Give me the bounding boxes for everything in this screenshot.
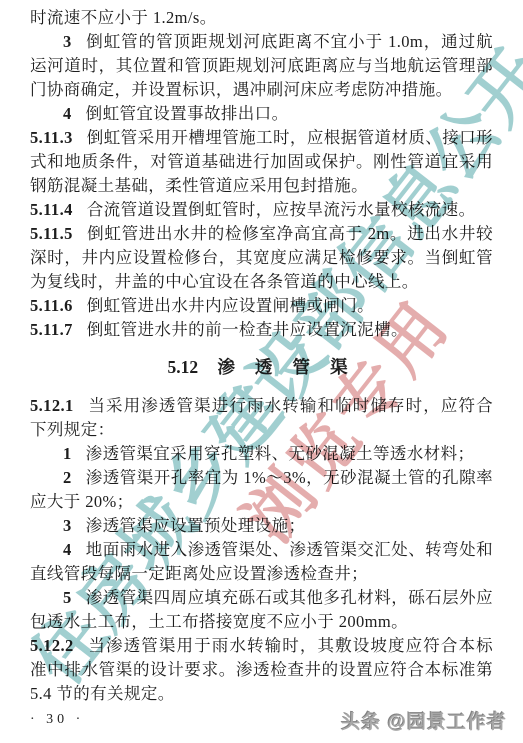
item-text: 倒虹管的管顶距规划河底距离不宜小于 1.0m，通过航运河道时，其位置和管顶距规划… — [30, 32, 493, 99]
numbered-item: 3倒虹管的管顶距规划河底距离不宜小于 1.0m，通过航运河道时，其位置和管顶距规… — [30, 30, 493, 102]
clause-text: 倒虹管进出水井内应设置闸槽或闸门。 — [87, 296, 374, 315]
item-number: 3 — [63, 516, 72, 535]
numbered-item: 4地面雨水进入渗透管渠处、渗透管渠交汇处、转弯处和直线管段每隔一定距离处应设置渗… — [30, 538, 493, 586]
item-text: 地面雨水进入渗透管渠处、渗透管渠交汇处、转弯处和直线管段每隔一定距离处应设置渗透… — [30, 540, 493, 583]
item-text: 渗透管渠宜采用穿孔塑料、无砂混凝土等透水材料； — [86, 444, 475, 463]
section-title: 渗 透 管 渠 — [217, 357, 355, 377]
credit-watermark: 头条 @园景工作者 — [341, 707, 507, 734]
numbered-item: 1渗透管渠宜采用穿孔塑料、无砂混凝土等透水材料； — [30, 442, 493, 466]
document-page: 时流速不应小于 1.2m/s。 3倒虹管的管顶距规划河底距离不宜小于 1.0m，… — [0, 0, 523, 743]
item-text: 渗透管渠四周应填充砾石或其他多孔材料，砾石层外应包透水土工布，土工布搭接宽度不应… — [30, 588, 493, 631]
clause-paragraph: 5.11.4合流管道设置倒虹管时，应按旱流污水量校核流速。 — [30, 198, 493, 222]
item-text: 渗透管渠开孔率宜为 1%～3%，无砂混凝土管的孔隙率应大于 20%； — [30, 468, 493, 511]
numbered-item: 3渗透管渠应设置预处理设施； — [30, 514, 493, 538]
clause-text: 当采用渗透管渠进行雨水转输和临时储存时，应符合下列规定： — [30, 396, 493, 439]
numbered-item: 2渗透管渠开孔率宜为 1%～3%，无砂混凝土管的孔隙率应大于 20%； — [30, 466, 493, 514]
clause-paragraph: 5.11.6倒虹管进出水井内应设置闸槽或闸门。 — [30, 294, 493, 318]
clause-paragraph: 5.11.5倒虹管进出水井的检修室净高宜高于 2m。进出水井较深时，井内应设置检… — [30, 222, 493, 294]
clause-paragraph: 5.12.2当渗透管渠用于雨水转输时，其敷设坡度应符合本标准中排水管渠的设计要求… — [30, 634, 493, 706]
clause-number: 5.11.7 — [30, 320, 73, 339]
item-number: 3 — [63, 32, 72, 51]
clause-text: 倒虹管进水井的前一检查井应设置沉泥槽。 — [87, 320, 408, 339]
clause-number: 5.12.2 — [30, 636, 74, 655]
item-text: 渗透管渠应设置预处理设施； — [86, 516, 306, 535]
item-number: 4 — [63, 540, 72, 559]
paragraph: 时流速不应小于 1.2m/s。 — [30, 6, 493, 30]
clause-number: 5.11.4 — [30, 200, 73, 219]
section-heading: 5.12渗 透 管 渠 — [30, 355, 493, 379]
clause-number: 5.11.3 — [30, 128, 73, 147]
item-text: 倒虹管宜设置事故排出口。 — [86, 104, 289, 123]
clause-text: 倒虹管进出水井的检修室净高宜高于 2m。进出水井较深时，井内应设置检修台，其宽度… — [30, 224, 493, 291]
clause-number: 5.11.5 — [30, 224, 73, 243]
item-number: 1 — [63, 444, 72, 463]
clause-paragraph: 5.11.7倒虹管进水井的前一检查井应设置沉泥槽。 — [30, 318, 493, 342]
numbered-item: 5渗透管渠四周应填充砾石或其他多孔材料，砾石层外应包透水土工布，土工布搭接宽度不… — [30, 586, 493, 634]
clause-number: 5.11.6 — [30, 296, 73, 315]
clause-paragraph: 5.11.3倒虹管采用开槽埋管施工时，应根据管道材质、接口形式和地质条件，对管道… — [30, 126, 493, 198]
clause-text: 倒虹管采用开槽埋管施工时，应根据管道材质、接口形式和地质条件，对管道基础进行加固… — [30, 128, 493, 195]
body-text: 时流速不应小于 1.2m/s。 3倒虹管的管顶距规划河底距离不宜小于 1.0m，… — [30, 6, 493, 706]
item-number: 5 — [63, 588, 72, 607]
clause-text: 当渗透管渠用于雨水转输时，其敷设坡度应符合本标准中排水管渠的设计要求。渗透检查井… — [30, 636, 493, 703]
item-number: 4 — [63, 104, 72, 123]
section-number: 5.12 — [167, 357, 198, 377]
clause-paragraph: 5.12.1当采用渗透管渠进行雨水转输和临时储存时，应符合下列规定： — [30, 394, 493, 442]
clause-text: 合流管道设置倒虹管时，应按旱流污水量校核流速。 — [87, 200, 476, 219]
clause-number: 5.12.1 — [30, 396, 74, 415]
page-number: · 30 · — [30, 712, 84, 728]
numbered-item: 4倒虹管宜设置事故排出口。 — [30, 102, 493, 126]
item-number: 2 — [63, 468, 72, 487]
paragraph-text: 时流速不应小于 1.2m/s。 — [30, 8, 217, 27]
